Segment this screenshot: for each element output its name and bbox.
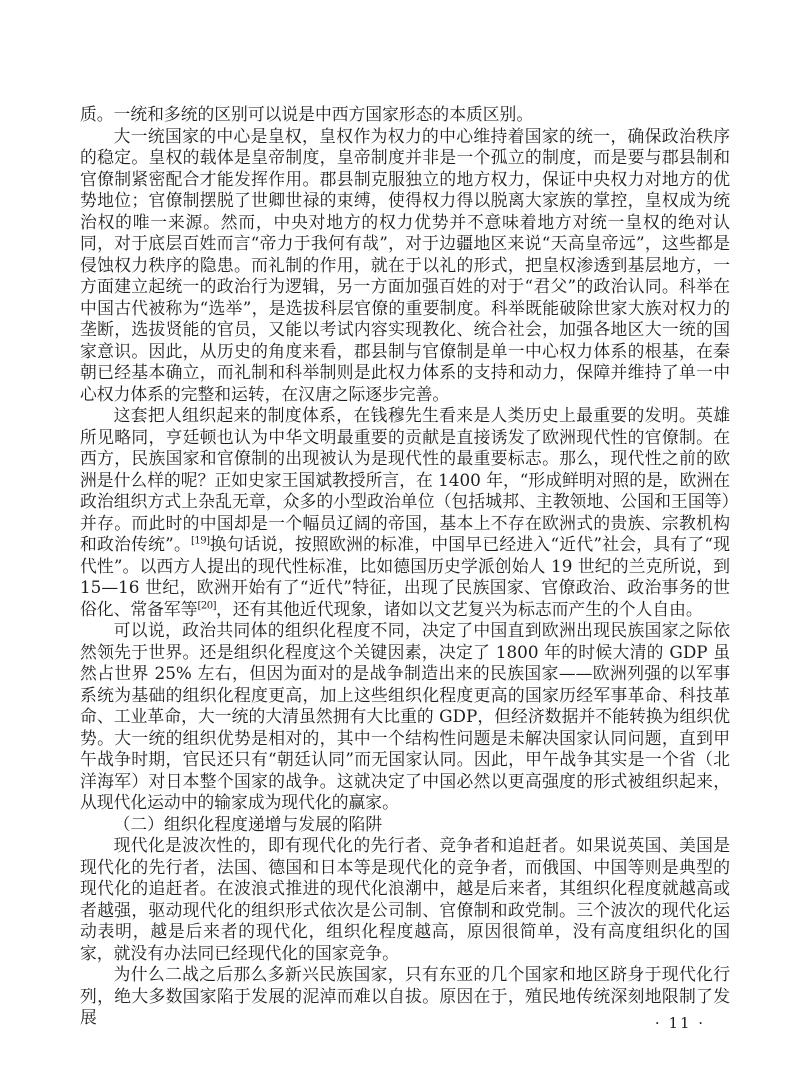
paragraph: 这套把人组织起来的制度体系，在钱穆先生看来是人类历史上最重要的发明。英雄所见略同… [80,405,730,620]
paragraph: 现代化是波次性的，即有现代化的先行者、竞争者和追赶者。如果说英国、美国是现代化的… [80,835,730,964]
text-block: 质。一统和多统的区别可以说是中西方国家形态的本质区别。大一统国家的中心是皇权，皇… [80,104,730,1029]
page-number: · 11 · [630,1014,730,1032]
footnote-ref: [19] [191,535,210,546]
paragraph: 大一统国家的中心是皇权，皇权作为权力的中心维持着国家的统一，确保政治秩序的稳定。… [80,126,730,406]
paragraph: （二）组织化程度递增与发展的陷阱 [80,814,730,836]
paragraph: 质。一统和多统的区别可以说是中西方国家形态的本质区别。 [80,104,730,126]
scanned-page: 质。一统和多统的区别可以说是中西方国家形态的本质区别。大一统国家的中心是皇权，皇… [0,0,793,1077]
footnote-ref: [20] [197,600,216,611]
paragraph: 可以说，政治共同体的组织化程度不同，决定了中国直到欧洲出现民族国家之际依然领先于… [80,620,730,814]
